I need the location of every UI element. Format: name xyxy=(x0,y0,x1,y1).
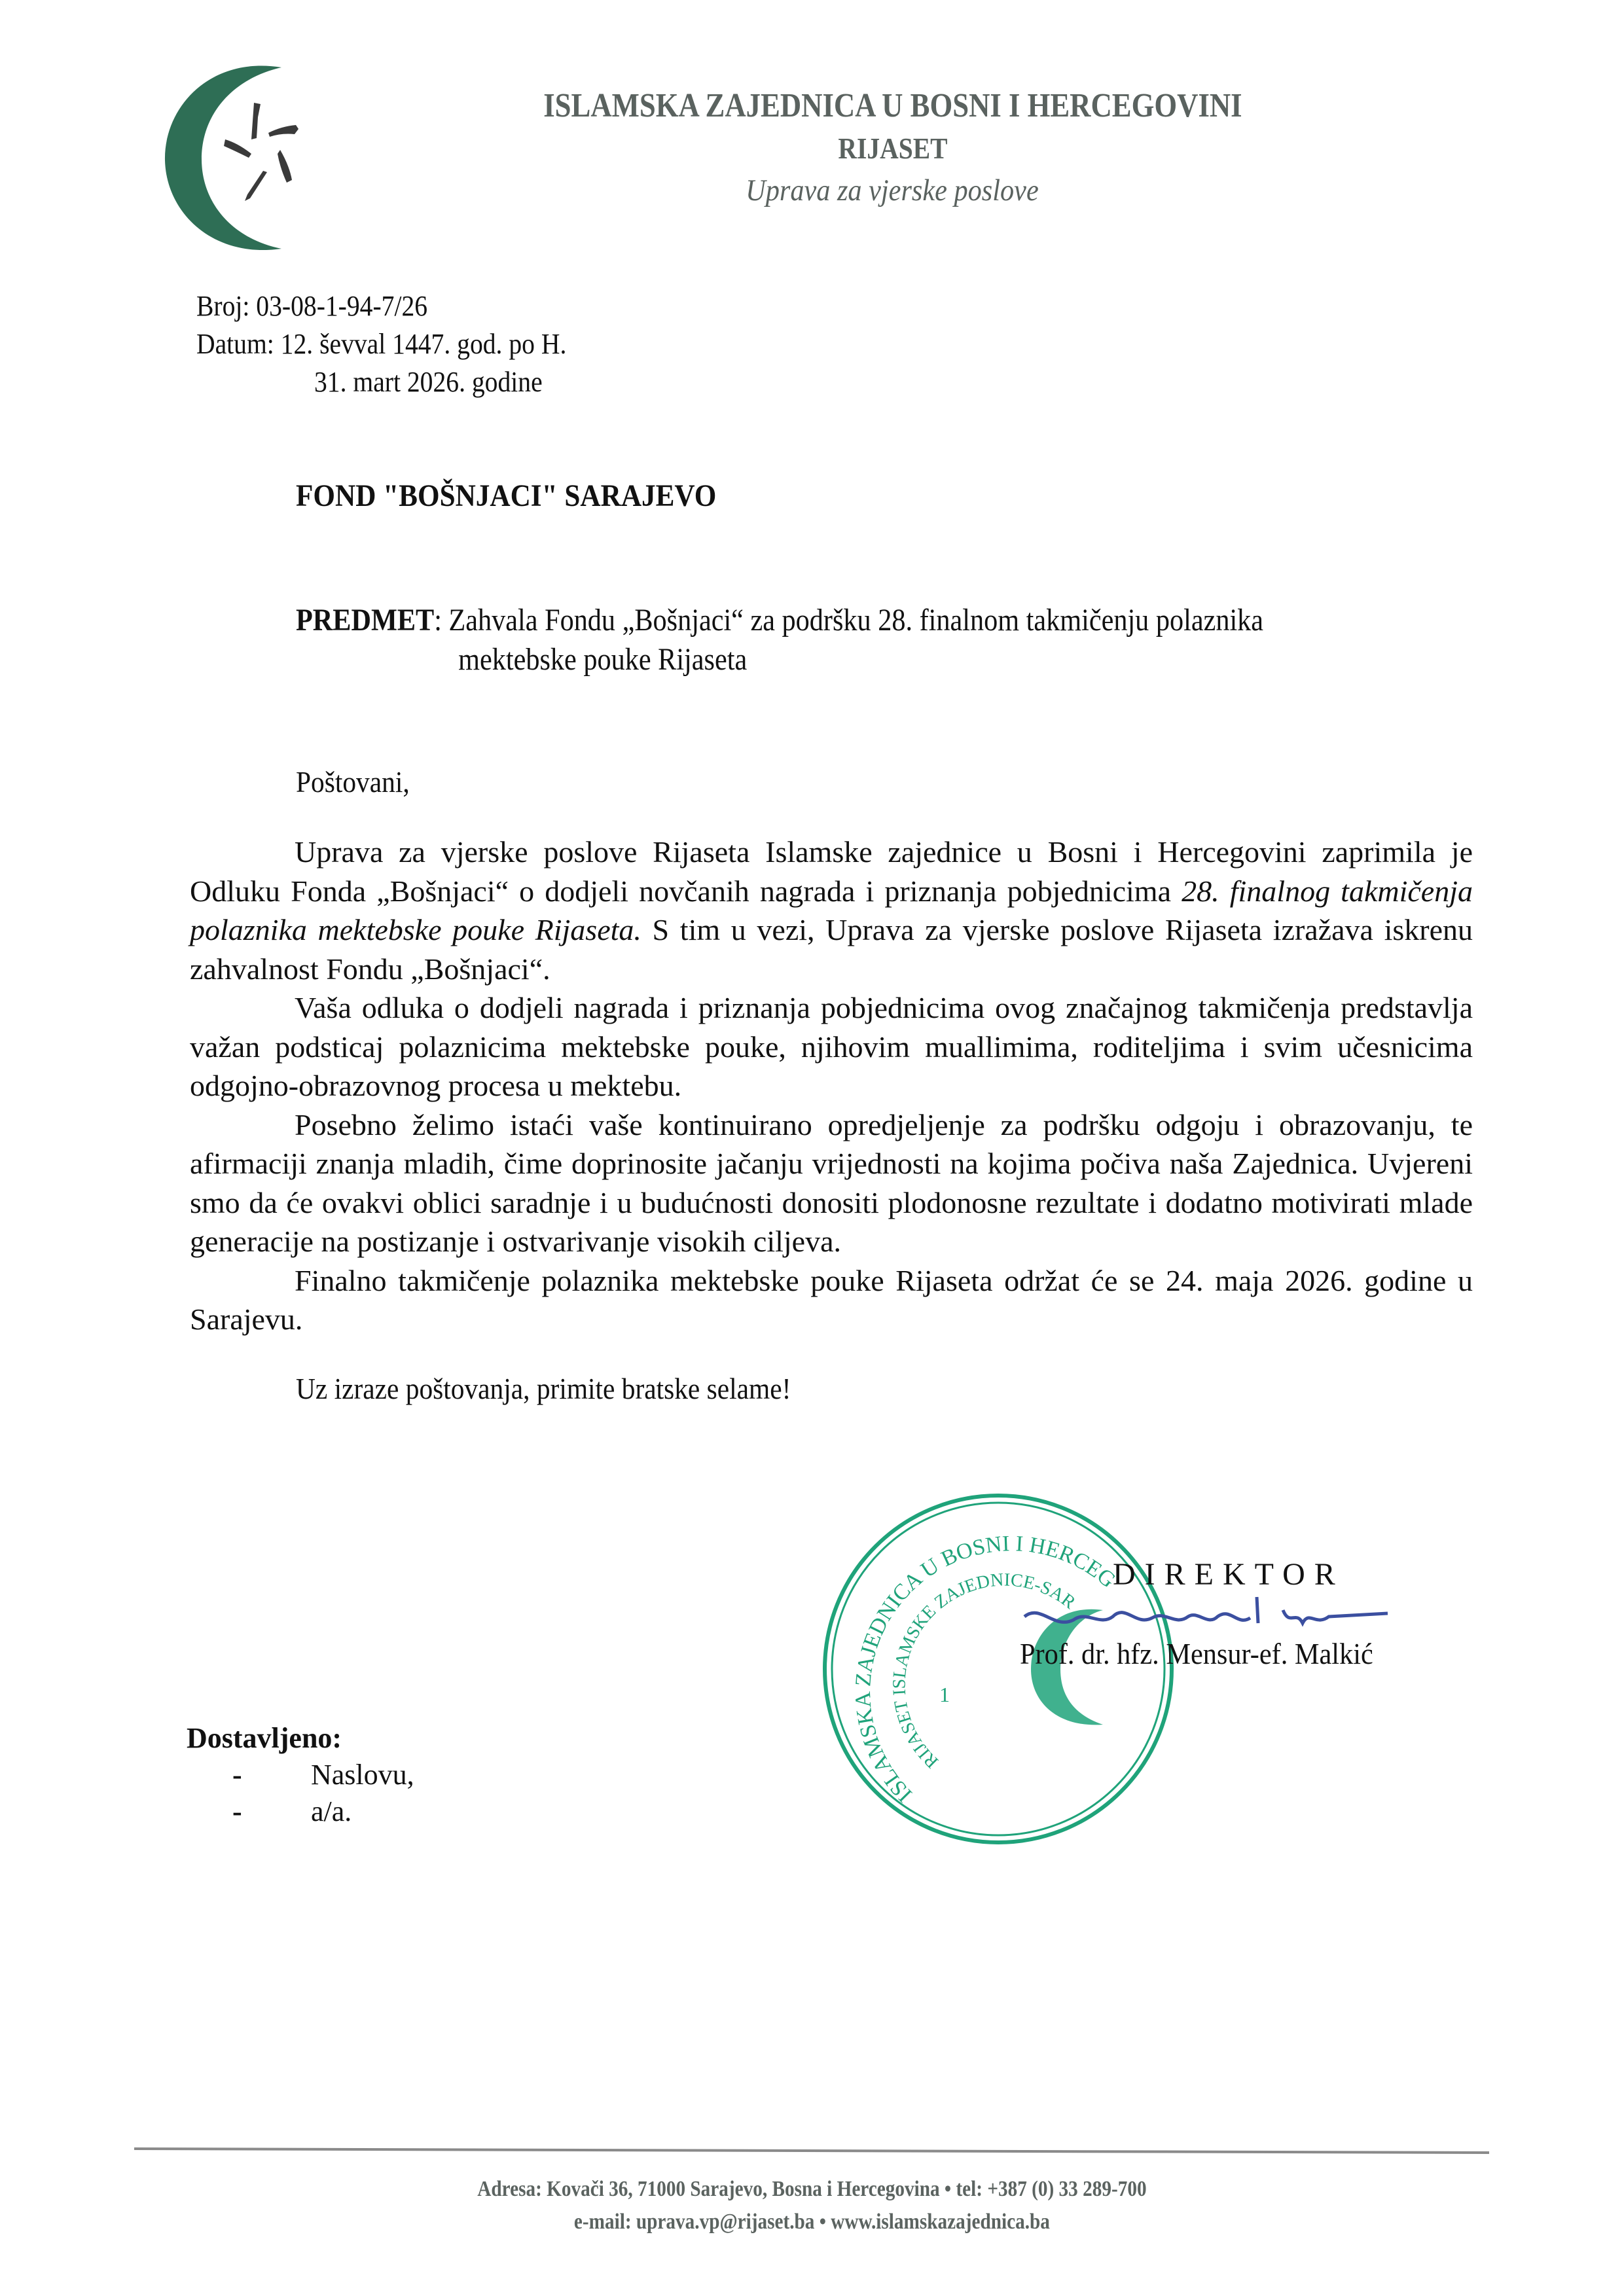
recipient: FOND "BOŠNJACI" SARAJEVO xyxy=(296,478,716,514)
signatory-name: Prof. dr. hfz. Mensur-ef. Malkić xyxy=(1020,1636,1373,1671)
subject-text-line2: mektebske pouke Rijaseta xyxy=(296,640,1373,679)
subject-label: PREDMET xyxy=(296,603,434,637)
distribution-item-label: Naslovu, xyxy=(311,1757,414,1793)
subject: PREDMET: Zahvala Fondu „Bošnjaci“ za pod… xyxy=(296,601,1373,679)
svg-text:1: 1 xyxy=(939,1683,950,1706)
paragraph-3: Posebno želimo istaći vaše kontinuirano … xyxy=(190,1105,1473,1261)
reference-number: Broj: 03-08-1-94-7/26 xyxy=(196,288,427,325)
distribution-list: Dostavljeno: -Naslovu, -a/a. xyxy=(187,1720,414,1830)
footer-divider xyxy=(134,2147,1489,2155)
distribution-item: -a/a. xyxy=(187,1793,414,1830)
footer-contact: e-mail: uprava.vp@rijaset.ba • www.islam… xyxy=(114,2210,1511,2234)
distribution-title: Dostavljeno: xyxy=(187,1720,414,1757)
paragraph-2: Vaša odluka o dodjeli nagrada i priznanj… xyxy=(190,988,1473,1105)
paragraph-1: Uprava za vjerske poslove Rijaseta Islam… xyxy=(190,833,1473,988)
subject-text-line1: : Zahvala Fondu „Bošnjaci“ za podršku 28… xyxy=(434,603,1263,637)
date-hijri: Datum: 12. ševval 1447. god. po H. xyxy=(196,326,566,363)
handwritten-signature xyxy=(1021,1590,1440,1643)
letter-body: Uprava za vjerske poslove Rijaseta Islam… xyxy=(190,833,1473,1339)
salutation: Poštovani, xyxy=(296,764,410,799)
date-gregorian: 31. mart 2026. godine xyxy=(314,364,543,401)
department-name: Uprava za vjerske poslove xyxy=(91,173,1553,208)
organization-name: ISLAMSKA ZAJEDNICA U BOSNI I HERCEGOVINI xyxy=(127,86,1524,125)
distribution-item-label: a/a. xyxy=(311,1793,352,1830)
signatory-title: DIREKTOR xyxy=(1113,1556,1344,1592)
closing: Uz izraze poštovanja, primite bratske se… xyxy=(296,1371,791,1406)
paragraph-4: Finalno takmičenje polaznika mektebske p… xyxy=(190,1261,1473,1339)
organization-sub: RIJASET xyxy=(127,131,1524,166)
footer-address: Adresa: Kovači 36, 71000 Sarajevo, Bosna… xyxy=(114,2177,1511,2202)
distribution-item: -Naslovu, xyxy=(187,1757,414,1793)
